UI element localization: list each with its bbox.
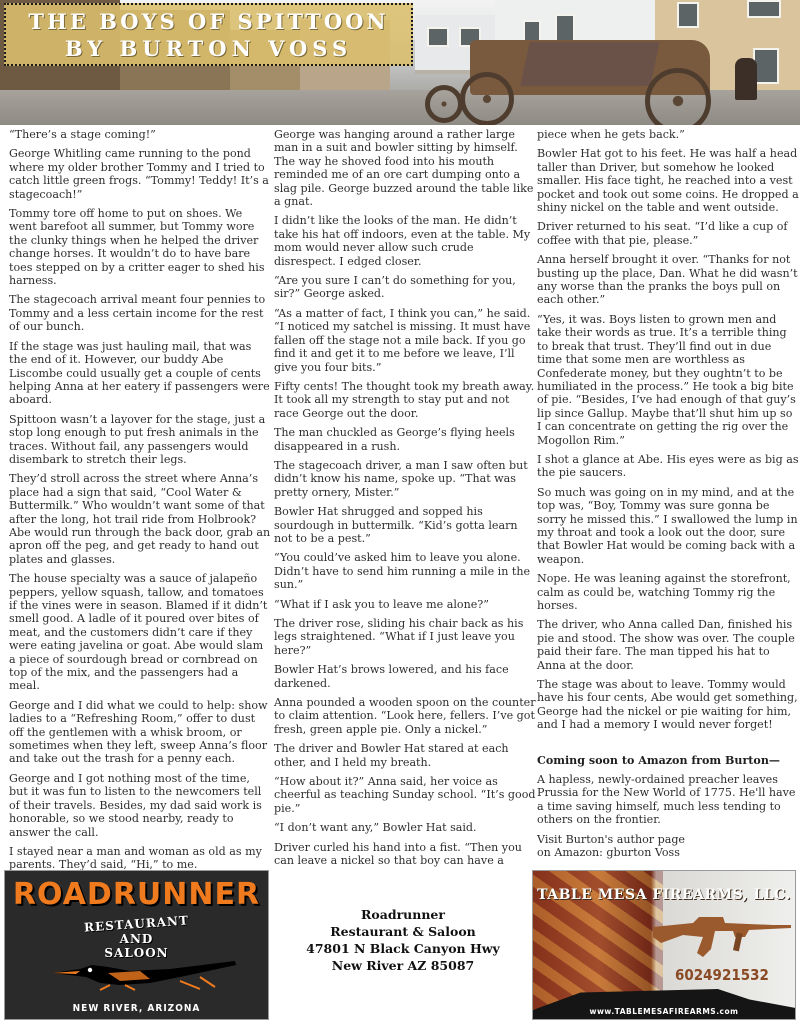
header-banner: The Boys of Spittoon By Burton Voss — [0, 0, 800, 125]
roadrunner-bird-icon — [50, 959, 240, 991]
roadrunner-ad-subtitle: AND — [5, 932, 268, 946]
title-box: The Boys of Spittoon By Burton Voss — [4, 3, 413, 66]
paragraph: Spittoon wasn’t a layover for the stage,… — [9, 413, 271, 467]
roadrunner-ad-title: ROADRUNNER — [5, 877, 268, 912]
paragraph: Fifty cents! The thought took my breath … — [274, 380, 536, 420]
paragraph: Tommy tore off home to put on shoes. We … — [9, 207, 271, 287]
author-page-link[interactable]: Visit Burton's author page on Amazon: gb… — [537, 833, 799, 860]
table-mesa-firearms-ad[interactable]: TABLE MESA FIREARMS, LLC. 6024921532 www… — [532, 870, 796, 1020]
cowboy-figure — [735, 58, 757, 100]
paragraph: The driver, who Anna called Dan, finishe… — [537, 618, 799, 672]
paragraph: So much was going on in my mind, and at … — [537, 486, 799, 566]
paragraph: Driver returned to his seat. “I’d like a… — [537, 220, 799, 247]
paragraph: They’d stroll across the street where An… — [9, 472, 271, 566]
stagecoach-wheel — [425, 85, 463, 123]
article-column-1: “There’s a stage coming!” George Whitlin… — [9, 128, 271, 878]
paragraph: The stagecoach driver, a man I saw often… — [274, 459, 536, 499]
table-mesa-phone: 6024921532 — [675, 966, 769, 984]
paragraph: Bowler Hat got to his feet. He was half … — [537, 147, 799, 214]
article-column-3: piece when he gets back.” Bowler Hat got… — [537, 128, 799, 866]
window — [747, 0, 781, 18]
stagecoach-wheel — [645, 68, 711, 125]
paragraph: “There’s a stage coming!” — [9, 128, 271, 141]
roadrunner-ad-subtitle: SALOON — [5, 946, 268, 960]
paragraph: I didn’t like the looks of the man. He d… — [274, 214, 536, 268]
paragraph: piece when he gets back.” — [537, 128, 799, 141]
paragraph: The driver rose, sliding his chair back … — [274, 617, 536, 657]
article-body: “There’s a stage coming!” George Whitlin… — [0, 128, 800, 860]
paragraph: George and I did what we could to help: … — [9, 699, 271, 766]
paragraph: The house specialty was a sauce of jalap… — [9, 572, 271, 693]
paragraph: Anna herself brought it over. “Thanks fo… — [537, 253, 799, 307]
byline: By Burton Voss — [6, 35, 411, 62]
author-link-line-1: Visit Burton's author page — [537, 833, 685, 846]
paragraph: Driver curled his hand into a fist. “The… — [274, 841, 536, 868]
address-line: Roadrunner — [276, 906, 530, 923]
paragraph: The stagecoach arrival meant four pennie… — [9, 293, 271, 333]
paragraph: The driver and Bowler Hat stared at each… — [274, 742, 536, 769]
paragraph: Bowler Hat shrugged and sopped his sourd… — [274, 505, 536, 545]
window — [427, 27, 449, 47]
paragraph: “Are you sure I can’t do something for y… — [274, 274, 536, 301]
paragraph: George and I got nothing most of the tim… — [9, 772, 271, 839]
window — [677, 2, 699, 28]
paragraph: I shot a glance at Abe. His eyes were as… — [537, 453, 799, 480]
promo-body: A hapless, newly-ordained preacher leave… — [537, 773, 799, 827]
stagecoach-wheel — [460, 72, 514, 125]
paragraph: Bowler Hat’s brows lowered, and his face… — [274, 663, 536, 690]
paragraph: “I don’t want any,” Bowler Hat said. — [274, 821, 536, 834]
table-mesa-url[interactable]: www.TABLEMESAFIREARMS.com — [533, 1007, 795, 1016]
roadrunner-address: Roadrunner Restaurant & Saloon 47801 N B… — [276, 906, 530, 974]
advertisements: ROADRUNNER RESTAURANT AND SALOON NEW RIV… — [0, 868, 800, 1023]
table-mesa-ad-title: TABLE MESA FIREARMS, LLC. — [533, 887, 795, 903]
paragraph: “As a matter of fact, I think you can,” … — [274, 307, 536, 374]
page-title: The Boys of Spittoon — [6, 8, 411, 35]
paragraph: If the stage was just hauling mail, that… — [9, 340, 271, 407]
rifle-icon — [653, 913, 793, 963]
address-line: 47801 N Black Canyon Hwy — [276, 940, 530, 957]
article-column-2: George was hanging around a rather large… — [274, 128, 536, 874]
paragraph: “Yes, it was. Boys listen to grown men a… — [537, 313, 799, 447]
address-line: Restaurant & Saloon — [276, 923, 530, 940]
stagecoach-canopy — [520, 42, 659, 86]
paragraph: Anna pounded a wooden spoon on the count… — [274, 696, 536, 736]
paragraph: The man chuckled as George’s flying heel… — [274, 426, 536, 453]
paragraph: The stage was about to leave. Tommy woul… — [537, 678, 799, 732]
paragraph: “You could’ve asked him to leave you alo… — [274, 551, 536, 591]
paragraph: Nope. He was leaning against the storefr… — [537, 572, 799, 612]
address-line: New River AZ 85087 — [276, 957, 530, 974]
paragraph: George was hanging around a rather large… — [274, 128, 536, 208]
roadrunner-ad[interactable]: ROADRUNNER RESTAURANT AND SALOON NEW RIV… — [4, 870, 269, 1020]
author-link-line-2: on Amazon: gburton Voss — [537, 846, 680, 859]
roadrunner-ad-location: NEW RIVER, ARIZONA — [5, 1003, 268, 1014]
paragraph: “What if I ask you to leave me alone?” — [274, 598, 536, 611]
paragraph: George Whitling came running to the pond… — [9, 147, 271, 201]
promo-heading: Coming soon to Amazon from Burton— — [537, 754, 799, 767]
paragraph: “How about it?” Anna said, her voice as … — [274, 775, 536, 815]
